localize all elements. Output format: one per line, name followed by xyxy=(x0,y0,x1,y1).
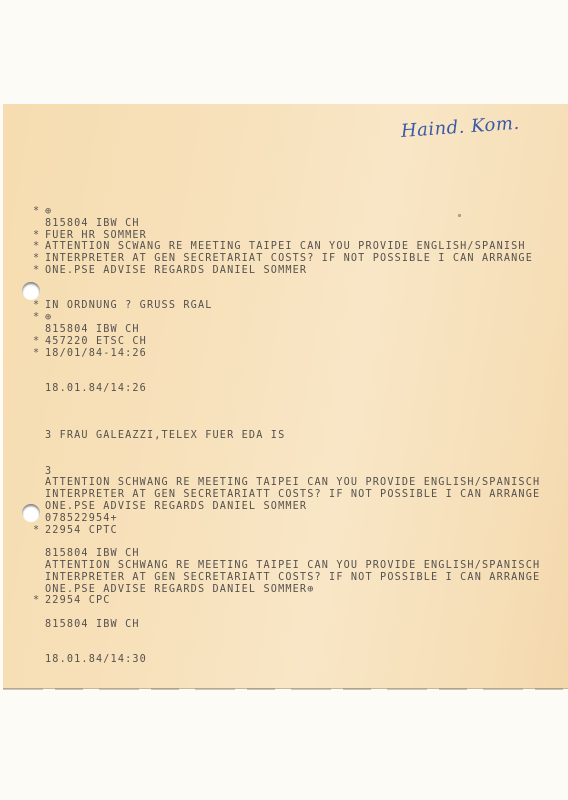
telex-line: 815804 IBW CH xyxy=(33,619,540,631)
line-marker: * xyxy=(33,253,45,265)
telex-line: *ONE.PSE ADVISE REGARDS DANIEL SOMMER xyxy=(33,265,540,277)
telex-line: INTERPRETER AT GEN SECRETARIATT COSTS? I… xyxy=(33,572,540,584)
telex-line xyxy=(33,642,540,654)
line-text: 18.01.84/14:26 xyxy=(45,383,147,394)
line-marker: * xyxy=(33,525,45,537)
line-text: IN ORDNUNG ? GRUSS RGAL xyxy=(45,300,213,311)
telex-line xyxy=(33,407,540,419)
line-text: 18/01/84-14:26 xyxy=(45,348,147,359)
telex-line xyxy=(33,277,540,289)
telex-line: INTERPRETER AT GEN SECRETARIATT COSTS? I… xyxy=(33,489,540,501)
line-text: 815804 IBW CH xyxy=(45,619,140,630)
telex-line: ATTENTION SCHWANG RE MEETING TAIPEI CAN … xyxy=(33,477,540,489)
line-text: 457220 ETSC CH xyxy=(45,336,147,347)
telex-line xyxy=(33,359,540,371)
telex-line: *22954 CPC xyxy=(33,595,540,607)
line-text: INTERPRETER AT GEN SECRETARIAT COSTS? IF… xyxy=(45,253,533,264)
telex-paper: Haind. Kom. *⊕815804 IBW CH*FUER HR SOMM… xyxy=(3,104,568,689)
telex-line xyxy=(33,289,540,301)
line-text: FUER HR SOMMER xyxy=(45,230,147,241)
line-text: ONE.PSE ADVISE REGARDS DANIEL SOMMER xyxy=(45,265,307,276)
line-text: ⊕ xyxy=(45,206,52,217)
telex-line xyxy=(33,536,540,548)
line-marker: * xyxy=(33,312,45,324)
line-text: 815804 IBW CH xyxy=(45,218,140,229)
line-marker: * xyxy=(33,206,45,218)
line-text: ATTENTION SCHWANG RE MEETING TAIPEI CAN … xyxy=(45,477,540,488)
telex-line xyxy=(33,607,540,619)
telex-line: 3 FRAU GALEAZZI,TELEX FUER EDA IS xyxy=(33,430,540,442)
telex-line: *ATTENTION SCWANG RE MEETING TAIPEI CAN … xyxy=(33,241,540,253)
line-text: 22954 CPC xyxy=(45,595,111,606)
line-text: INTERPRETER AT GEN SECRETARIATT COSTS? I… xyxy=(45,572,540,583)
telex-line xyxy=(33,454,540,466)
telex-line: ONE.PSE ADVISE REGARDS DANIEL SOMMER xyxy=(33,501,540,513)
telex-line: *⊕ xyxy=(33,206,540,218)
telex-line: 815804 IBW CH xyxy=(33,218,540,230)
line-marker: * xyxy=(33,230,45,242)
telex-line: 078522954+ xyxy=(33,513,540,525)
line-marker: * xyxy=(33,265,45,277)
line-text: ATTENTION SCHWANG RE MEETING TAIPEI CAN … xyxy=(45,560,540,571)
line-marker: * xyxy=(33,595,45,607)
telex-line: 3 xyxy=(33,466,540,478)
line-text: 078522954+ xyxy=(45,513,118,524)
telex-line xyxy=(33,371,540,383)
telex-line xyxy=(33,442,540,454)
telex-line: ATTENTION SCHWANG RE MEETING TAIPEI CAN … xyxy=(33,560,540,572)
line-text: 18.01.84/14:30 xyxy=(45,654,147,665)
telex-body: *⊕815804 IBW CH*FUER HR SOMMER*ATTENTION… xyxy=(33,206,540,666)
telex-line: *INTERPRETER AT GEN SECRETARIAT COSTS? I… xyxy=(33,253,540,265)
line-text: 815804 IBW CH xyxy=(45,548,140,559)
line-text: 3 FRAU GALEAZZI,TELEX FUER EDA IS xyxy=(45,430,285,441)
telex-line: 18.01.84/14:30 xyxy=(33,654,540,666)
line-text: ATTENTION SCWANG RE MEETING TAIPEI CAN Y… xyxy=(45,241,526,252)
telex-line xyxy=(33,395,540,407)
line-marker: * xyxy=(33,300,45,312)
telex-line: *18/01/84-14:26 xyxy=(33,348,540,360)
line-marker: * xyxy=(33,241,45,253)
line-text: 22954 CPTC xyxy=(45,525,118,536)
telex-line: *⊕ xyxy=(33,312,540,324)
line-text: ONE.PSE ADVISE REGARDS DANIEL SOMMER xyxy=(45,501,307,512)
telex-line: *457220 ETSC CH xyxy=(33,336,540,348)
telex-line: *22954 CPTC xyxy=(33,525,540,537)
telex-line: ONE.PSE ADVISE REGARDS DANIEL SOMMER⊕ xyxy=(33,584,540,596)
line-marker: * xyxy=(33,336,45,348)
line-text: 815804 IBW CH xyxy=(45,324,140,335)
telex-line: *IN ORDNUNG ? GRUSS RGAL xyxy=(33,300,540,312)
handwritten-annotation: Haind. Kom. xyxy=(400,113,520,142)
line-text: ⊕ xyxy=(45,312,52,323)
telex-line: 815804 IBW CH xyxy=(33,548,540,560)
telex-line: *FUER HR SOMMER xyxy=(33,230,540,242)
telex-line: 815804 IBW CH xyxy=(33,324,540,336)
telex-line xyxy=(33,418,540,430)
telex-line xyxy=(33,631,540,643)
line-marker: * xyxy=(33,348,45,360)
telex-line: 18.01.84/14:26 xyxy=(33,383,540,395)
line-text: ONE.PSE ADVISE REGARDS DANIEL SOMMER⊕ xyxy=(45,584,315,595)
line-text: INTERPRETER AT GEN SECRETARIATT COSTS? I… xyxy=(45,489,540,500)
line-text: 3 xyxy=(45,466,52,477)
